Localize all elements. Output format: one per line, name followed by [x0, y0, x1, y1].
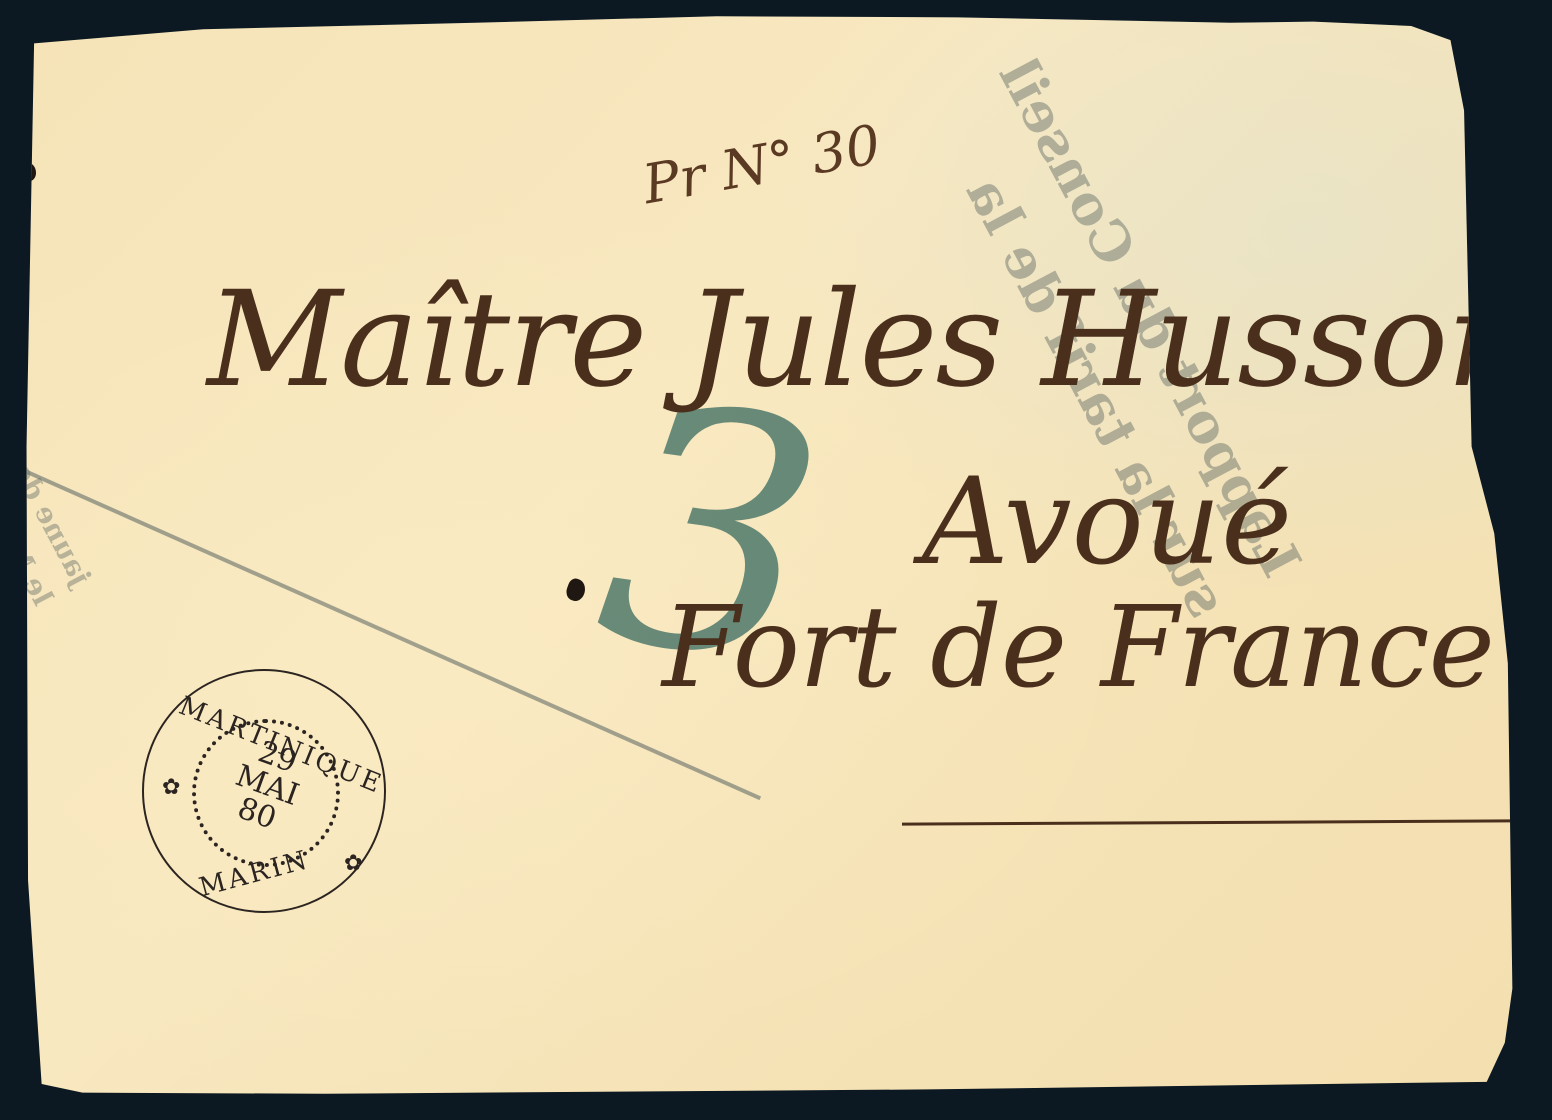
- address-title: Avoué: [922, 453, 1292, 592]
- address-city: Fort de France: [662, 583, 1494, 713]
- rate-note: Pr N° 30: [638, 113, 885, 217]
- flower-ornament-icon: ✿: [344, 851, 362, 876]
- flower-ornament-icon: ✿: [162, 775, 180, 800]
- mirrored-newsprint-text-lower: jaune de l'île le Marché: [22, 395, 102, 614]
- envelope: conse ce l'is- gue blique du jour s'est …: [22, 13, 1532, 1097]
- ink-blot: [22, 163, 36, 181]
- mirrored-newsprint-text: conse ce l'is- gue blique du jour s'est …: [22, 13, 92, 213]
- ink-blot: [564, 577, 588, 604]
- postmark-cds: MARTINIQUE 29 MAI 80 MARIN ✿ ✿: [142, 669, 386, 913]
- address-underline: [902, 819, 1522, 825]
- address-recipient: Maître Jules Husson: [207, 263, 1529, 417]
